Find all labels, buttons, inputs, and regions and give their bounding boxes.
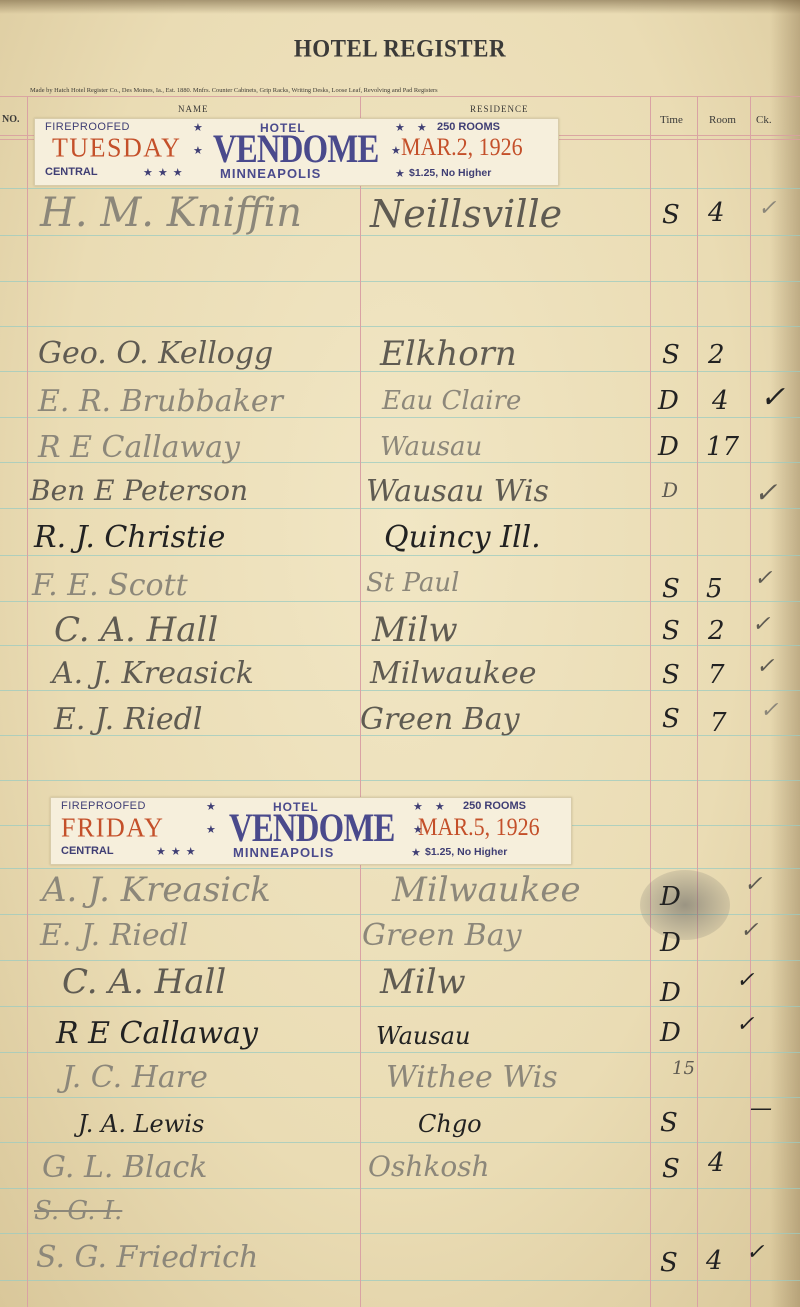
entry-time: D — [660, 1018, 681, 1048]
entry-name: A. J. Kreasick — [42, 870, 271, 910]
stamp-price: $1.25, No Higher — [409, 167, 491, 179]
ruling — [0, 1052, 800, 1053]
entry-name: E. R. Brubbaker — [38, 384, 283, 419]
entry-time: S — [662, 616, 680, 646]
entry-room: 4 — [706, 1246, 723, 1276]
entry-name-struck: S. G. I. — [34, 1196, 122, 1226]
entry-residence: Neillsville — [370, 192, 562, 236]
entry-room: 4 — [708, 1148, 725, 1178]
entry-residence: Green Bay — [362, 918, 522, 953]
entry-check: ✓ — [756, 654, 774, 679]
star-icon: ★ — [411, 846, 421, 859]
column-rule-no — [27, 96, 28, 1307]
entry-name: E. J. Riedl — [40, 918, 188, 953]
entry-residence: Chgo — [418, 1110, 482, 1138]
ruling — [0, 1280, 800, 1281]
stamp-fireproofed: FIREPROOFED — [61, 800, 146, 812]
entry-time: D — [658, 386, 679, 416]
entry-time: S — [662, 340, 680, 370]
entry-name: H. M. Kniffin — [40, 190, 302, 236]
entry-residence: Eau Claire — [382, 386, 521, 416]
entry-time: D — [660, 882, 681, 912]
column-header-time: Time — [660, 114, 683, 126]
entry-time: D — [660, 928, 681, 958]
entry-residence: Milw — [372, 610, 458, 650]
entry-check: ✓ — [754, 476, 777, 509]
column-header-no: NO. — [2, 114, 20, 125]
entry-time: D — [660, 978, 681, 1008]
ruling — [0, 1097, 800, 1098]
entry-time: S — [662, 660, 680, 690]
entry-check: ✓ — [758, 196, 776, 221]
entry-check: ✓ — [754, 566, 772, 591]
entry-residence: Quincy Ill. — [384, 520, 541, 555]
entry-check: ✓ — [744, 872, 762, 897]
ruling — [0, 780, 800, 781]
entry-residence: Milwaukee — [370, 656, 536, 691]
entry-residence: Wausau — [380, 432, 482, 462]
stamp-city: MINNEAPOLIS — [233, 845, 334, 860]
entry-name: A. J. Kreasick — [52, 656, 254, 691]
stamp-vendome: VENDOME — [213, 125, 379, 172]
entry-name: R E Callaway — [38, 430, 240, 465]
entry-check: ✓ — [746, 1240, 764, 1265]
entry-name: E. J. Riedl — [54, 702, 202, 737]
column-header-name: NAME — [178, 104, 209, 114]
maker-line: Made by Hatch Hotel Register Co., Des Mo… — [30, 87, 650, 94]
star-icon: ★ — [193, 144, 203, 157]
ruling — [0, 868, 800, 869]
entry-name: C. A. Hall — [54, 610, 218, 650]
star-icon: ★ — [193, 121, 203, 134]
star-icon: ★ — [391, 144, 401, 157]
entry-check: ✓ — [740, 918, 758, 943]
stamp-vendome: VENDOME — [229, 804, 395, 851]
ruling — [0, 1233, 800, 1234]
entry-room: 4 — [708, 198, 725, 228]
star-icon: ★ — [206, 800, 216, 813]
page-title: HOTEL REGISTER — [0, 35, 800, 64]
stamp-day: TUESDAY — [52, 132, 181, 164]
entry-residence: Oshkosh — [368, 1150, 490, 1183]
entry-room: 5 — [706, 574, 723, 604]
register-page: HOTEL REGISTER Made by Hatch Hotel Regis… — [0, 0, 800, 1307]
entry-time: S — [660, 1248, 678, 1278]
entry-room: 4 — [712, 386, 729, 416]
entry-time: S — [662, 200, 680, 230]
entry-residence: Milw — [380, 962, 466, 1002]
ruling — [0, 1188, 800, 1189]
entry-check: ✓ — [760, 698, 778, 723]
entry-name: G. L. Black — [42, 1150, 207, 1185]
star-icon: ★★ — [413, 800, 457, 813]
entry-time: 15 — [672, 1058, 695, 1079]
entry-residence: Withee Wis — [386, 1060, 558, 1095]
entry-room: 17 — [706, 432, 739, 462]
stamp-central: CENTRAL — [45, 166, 98, 178]
entry-name: Ben E Peterson — [30, 474, 248, 507]
entry-check: ✓ — [760, 380, 785, 415]
entry-check: — — [750, 1096, 772, 1121]
stamp-date: MAR.2, 1926 — [401, 134, 523, 162]
ruling — [0, 960, 800, 961]
stamp-rooms: 250 ROOMS — [463, 800, 526, 812]
entry-time: D — [658, 432, 679, 462]
ruling — [0, 188, 800, 189]
entry-residence: Wausau — [376, 1022, 470, 1050]
entry-name: Geo. O. Kellogg — [38, 336, 273, 371]
star-icon: ★★★ — [156, 845, 201, 858]
entry-room: 2 — [708, 616, 725, 646]
entry-time: S — [662, 1154, 680, 1184]
date-stamp-friday: FIREPROOFED ★ FRIDAY ★ CENTRAL ★★★ HOTEL… — [50, 797, 572, 865]
entry-name: F. E. Scott — [32, 568, 188, 603]
ruling — [0, 326, 800, 327]
entry-name: C. A. Hall — [62, 962, 226, 1002]
stamp-city: MINNEAPOLIS — [220, 166, 321, 181]
star-icon: ★ — [206, 823, 216, 836]
entry-time: D — [662, 478, 678, 502]
entry-room: 7 — [710, 708, 727, 738]
date-stamp-tuesday: FIREPROOFED ★ TUESDAY ★ CENTRAL ★★★ HOTE… — [34, 118, 559, 186]
ink-stain — [640, 870, 730, 940]
entry-residence: Wausau Wis — [366, 474, 549, 509]
entry-residence: Elkhorn — [380, 334, 517, 374]
column-rule-room — [697, 96, 698, 1307]
stamp-central: CENTRAL — [61, 845, 114, 857]
page-edge-shadow — [0, 0, 800, 14]
column-header-room: Room — [709, 114, 736, 126]
entry-time: S — [660, 1108, 678, 1138]
star-icon: ★ — [395, 167, 405, 180]
stamp-fireproofed: FIREPROOFED — [45, 121, 130, 133]
ruling — [0, 1142, 800, 1143]
column-rule-time — [650, 96, 651, 1307]
ruling-top — [0, 96, 800, 97]
entry-name: R E Callaway — [56, 1016, 258, 1051]
entry-room: 2 — [708, 340, 725, 370]
entry-residence: Green Bay — [360, 702, 520, 737]
ruling — [0, 281, 800, 282]
entry-residence: Milwaukee — [392, 870, 581, 910]
column-rule-ck — [750, 96, 751, 1307]
stamp-rooms: 250 ROOMS — [437, 121, 500, 133]
ruling — [0, 555, 800, 556]
entry-time: S — [662, 574, 680, 604]
entry-residence: St Paul — [366, 568, 459, 598]
entry-check: ✓ — [736, 968, 754, 993]
entry-name: S. G. Friedrich — [36, 1240, 258, 1275]
entry-check: ✓ — [736, 1012, 754, 1037]
stamp-day: FRIDAY — [61, 812, 164, 844]
entry-room: 7 — [708, 660, 725, 690]
stamp-price: $1.25, No Higher — [425, 846, 507, 858]
entry-name: R. J. Christie — [34, 520, 225, 555]
entry-name: J. A. Lewis — [78, 1110, 204, 1138]
entry-name: J. C. Hare — [62, 1060, 208, 1095]
star-icon: ★★ — [395, 121, 439, 134]
star-icon: ★★★ — [143, 166, 188, 179]
entry-check: ✓ — [752, 612, 770, 637]
column-header-residence: RESIDENCE — [470, 104, 529, 114]
entry-time: S — [662, 704, 680, 734]
stamp-date: MAR.5, 1926 — [418, 814, 540, 842]
column-header-ck: Ck. — [756, 114, 772, 126]
